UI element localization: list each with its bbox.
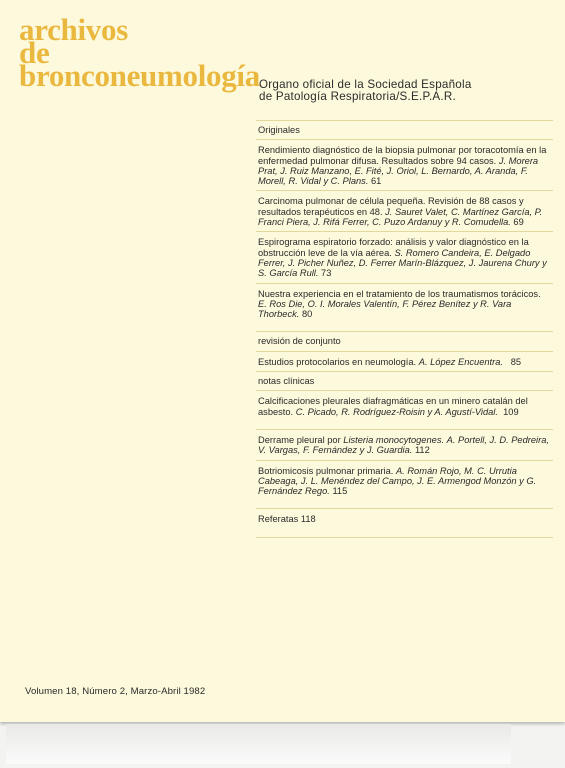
masthead-line: bronconeumología <box>19 64 260 87</box>
article-title: Derrame pleural por <box>258 435 341 445</box>
journal-subtitle: Organo oficial de la Sociedad Española d… <box>259 79 472 103</box>
scan-background <box>6 724 511 764</box>
article-title: Estudios protocolarios en neumología. <box>258 357 416 367</box>
toc-entry[interactable]: Botriomicosis pulmonar primaria. A. Romá… <box>256 461 553 501</box>
page-number: 80 <box>302 309 312 319</box>
page-number: 61 <box>371 176 381 186</box>
page-number: 73 <box>321 268 331 278</box>
page-number: 85 <box>511 357 521 367</box>
toc-entry[interactable]: Carcinoma pulmonar de célula pequeña. Re… <box>256 191 553 231</box>
toc-entry[interactable]: Espirograma espiratorio forzado: análisi… <box>256 232 553 282</box>
article-authors: A. López Encuentra. <box>419 357 503 367</box>
page-number: 69 <box>513 217 523 227</box>
toc-entry[interactable]: Nuestra experiencia en el tratamiento de… <box>256 284 553 324</box>
toc-entry-referatas[interactable]: Referatas 118 <box>256 509 553 528</box>
article-title: Nuestra experiencia en el tratamiento de… <box>258 289 541 299</box>
section-heading-notas: notas clínicas <box>256 372 553 390</box>
page-number: 109 <box>503 407 519 417</box>
page-number: 115 <box>332 486 347 496</box>
toc-entry[interactable]: Rendimiento diagnóstico de la biopsia pu… <box>256 140 553 190</box>
article-title-italic: Listeria monocytogenes. <box>343 435 444 445</box>
journal-cover: archivos de bronconeumología Organo ofic… <box>0 0 565 722</box>
referatas-label: Referatas <box>258 514 298 524</box>
article-title: Botriomicosis pulmonar primaria. <box>258 466 393 476</box>
journal-masthead: archivos de bronconeumología <box>19 18 260 87</box>
toc-entry[interactable]: Derrame pleural por Listeria monocytogen… <box>256 430 553 460</box>
article-authors: C. Picado, R. Rodríguez-Roisin y A. Agus… <box>296 407 498 417</box>
toc-entry[interactable]: Calcificaciones pleurales diafragmáticas… <box>256 391 553 421</box>
masthead-line: archivos <box>19 18 260 41</box>
page-number: 112 <box>415 445 430 455</box>
table-of-contents: Originales Rendimiento diagnóstico de la… <box>256 120 553 538</box>
page-number: 118 <box>301 514 316 524</box>
divider <box>256 537 553 538</box>
toc-entry[interactable]: Estudios protocolarios en neumología. A.… <box>256 352 553 371</box>
subtitle-line: de Patología Respiratoria/S.E.P.A.R. <box>259 91 472 103</box>
article-authors: E. Ros Die, O. I. Morales Valentín, F. P… <box>258 299 511 319</box>
volume-info: Volumen 18, Número 2, Marzo-Abril 1982 <box>25 686 205 697</box>
section-heading-originales: Originales <box>256 121 553 139</box>
section-heading-revision: revisión de conjunto <box>256 332 553 350</box>
